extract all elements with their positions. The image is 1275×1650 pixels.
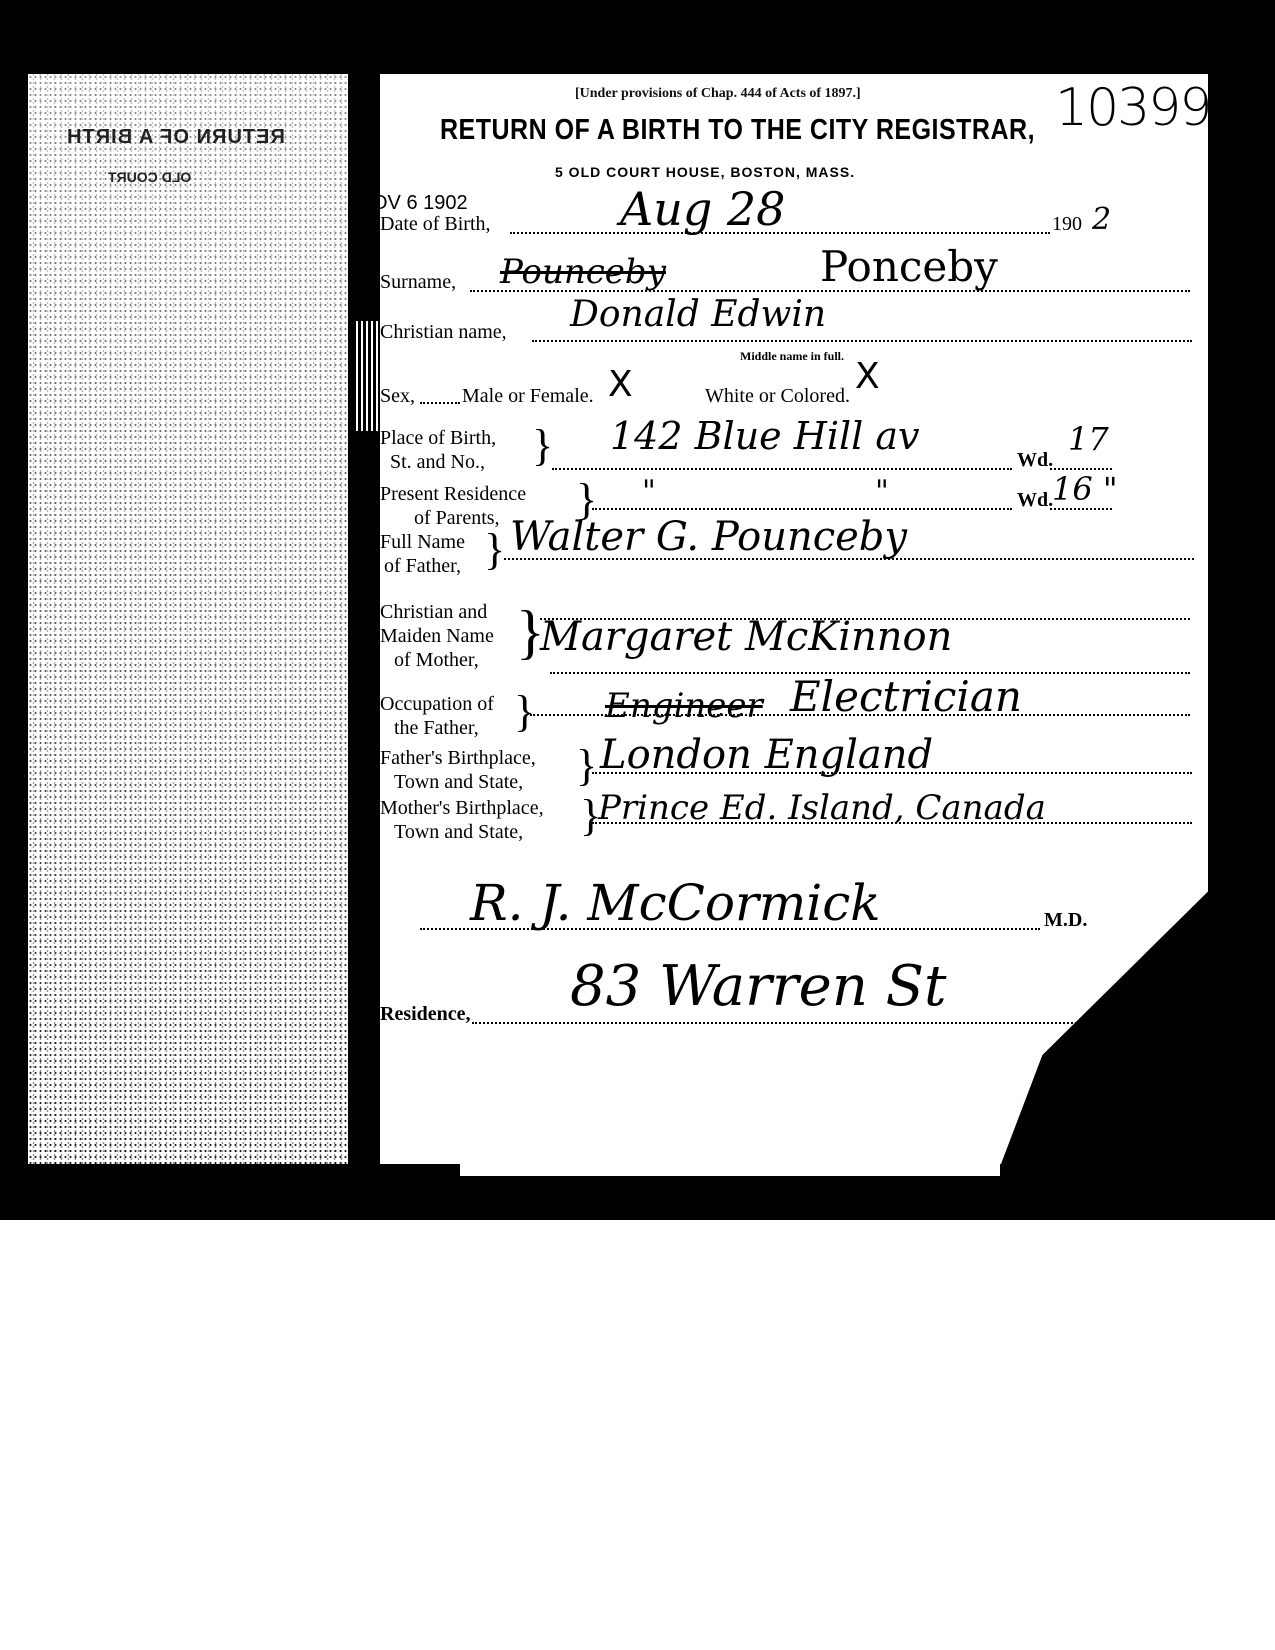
- surname-struck-value: Pounceby: [500, 252, 666, 292]
- surname-label: Surname,: [380, 270, 456, 294]
- mother-birthplace-label-2: Town and State,: [394, 820, 523, 844]
- binding-tab: [350, 318, 382, 434]
- form-title: RETURN OF A BIRTH TO THE CITY REGISTRAR,: [440, 114, 1035, 147]
- place-of-birth-label-2: St. and No.,: [390, 450, 485, 474]
- mother-name-label: Christian and: [380, 600, 487, 624]
- ward-label: Wd.: [1017, 488, 1053, 512]
- brace: }: [484, 528, 505, 572]
- father-birthplace-label-2: Town and State,: [394, 770, 523, 794]
- father-name-label-2: of Father,: [384, 554, 461, 578]
- ward-line: [1050, 508, 1112, 510]
- mirrored-subtitle: OLD COURT: [108, 169, 191, 185]
- father-birthplace-value: London England: [600, 732, 933, 778]
- birth-return-form: [Under provisions of Chap. 444 of Acts o…: [380, 74, 1208, 1164]
- sex-label: Sex,: [380, 384, 415, 408]
- sex-line: [420, 402, 460, 404]
- residence-line: [472, 1022, 1112, 1024]
- mirrored-title: RETURN OF A BIRTH: [66, 126, 285, 149]
- registrar-address: 5 OLD COURT HOUSE, BOSTON, MASS.: [555, 164, 855, 180]
- mother-birthplace-label: Mother's Birthplace,: [380, 796, 544, 820]
- residence-parents-label: Present Residence: [380, 482, 526, 506]
- provision-note: [Under provisions of Chap. 444 of Acts o…: [575, 86, 861, 102]
- date-of-birth-value: Aug 28: [620, 182, 785, 236]
- brace: }: [576, 744, 597, 788]
- ward-value: 17: [1068, 420, 1109, 458]
- residence-parents-value-left: ": [642, 474, 656, 509]
- mother-birthplace-value: Prince Ed. Island, Canada: [598, 788, 1046, 828]
- surname-value: Ponceby: [820, 242, 998, 291]
- mother-name-label-3: of Mother,: [394, 648, 479, 672]
- date-of-birth-label: Date of Birth,: [380, 212, 491, 236]
- reverse-page-bleedthrough: RETURN OF A BIRTH OLD COURT: [28, 74, 348, 1164]
- place-of-birth-value: 142 Blue Hill av: [610, 414, 920, 458]
- father-birthplace-label: Father's Birthplace,: [380, 746, 536, 770]
- occupation-label: Occupation of: [380, 692, 494, 716]
- christian-name-label: Christian name,: [380, 320, 507, 344]
- occupation-struck-value: Engineer: [605, 686, 763, 726]
- brace: }: [514, 690, 535, 734]
- year-prefix: 190: [1052, 212, 1082, 236]
- residence-label: Residence,: [380, 1002, 471, 1026]
- ward-label: Wd.: [1017, 448, 1053, 472]
- mother-name-value: Margaret McKinnon: [540, 614, 952, 660]
- year-suffix: 2: [1092, 202, 1111, 237]
- scan-background: RETURN OF A BIRTH OLD COURT [Under provi…: [0, 0, 1275, 1220]
- occupation-label-2: the Father,: [394, 716, 479, 740]
- sex-options: Male or Female.: [462, 384, 594, 408]
- color-options: White or Colored.: [705, 384, 850, 408]
- father-name-value: Walter G. Pounceby: [510, 514, 907, 560]
- registration-number: 10399: [1055, 78, 1210, 138]
- occupation-value: Electrician: [790, 672, 1022, 721]
- middle-name-note: Middle name in full.: [740, 344, 844, 368]
- physician-signature: R. J. McCormick: [470, 874, 881, 932]
- ward-value: 16 ": [1052, 470, 1118, 508]
- place-of-birth-label: Place of Birth,: [380, 426, 496, 450]
- md-suffix: M.D.: [1044, 908, 1087, 932]
- christian-name-line: [532, 340, 1192, 342]
- residence-value: 83 Warren St: [570, 954, 947, 1019]
- mother-name-label-2: Maiden Name: [380, 624, 494, 648]
- sex-check-mark: X: [608, 364, 633, 405]
- color-check-mark: X: [855, 356, 880, 397]
- residence-parents-value-right: ": [875, 474, 889, 509]
- christian-name-value: Donald Edwin: [570, 294, 826, 335]
- brace: }: [532, 424, 553, 468]
- father-name-label: Full Name: [380, 530, 465, 554]
- place-of-birth-line: [552, 468, 1012, 470]
